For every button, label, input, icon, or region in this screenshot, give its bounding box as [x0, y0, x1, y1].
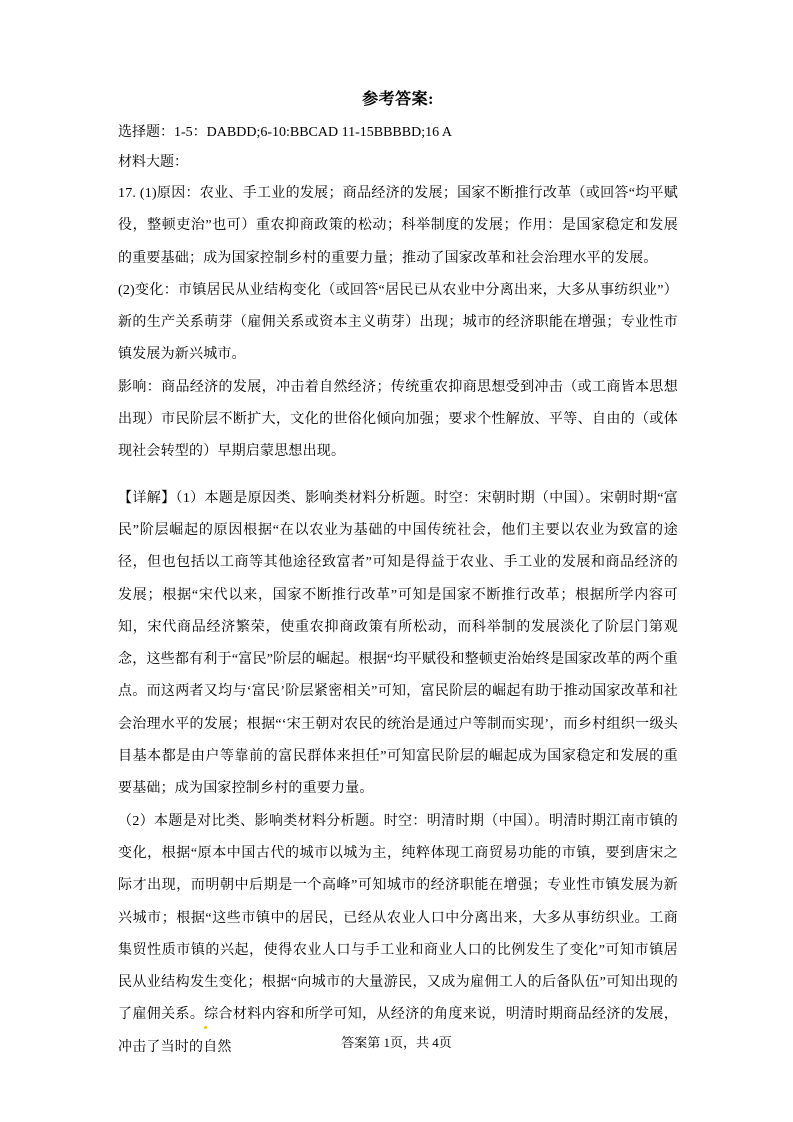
page-title: 参考答案: — [118, 90, 678, 110]
document-page: 参考答案: 选择题：1-5：DABDD;6-10:BBCAD 11-15BBBB… — [0, 0, 793, 1122]
q17-detail-part2: （2）本题是对比类、影响类材料分析题。时空：明清时期（中国）。明清时期江南市镇的… — [118, 806, 678, 1064]
q17-part2-changes-answer: (2)变化：市镇居民从业结构变化（或回答“居民已从农业中分离出来，大多从事纺织业… — [118, 275, 678, 372]
document-content: 参考答案: 选择题：1-5：DABDD;6-10:BBCAD 11-15BBBB… — [118, 90, 678, 1064]
page-footer: 答案第 1页，共 4页 — [0, 1034, 793, 1052]
material-section-label: 材料大题： — [118, 148, 678, 178]
ink-speck — [204, 1026, 207, 1029]
choice-answers-line: 选择题：1-5：DABDD;6-10:BBCAD 11-15BBBBD;16 A — [118, 118, 678, 148]
q17-detail-part1: 【详解】（1）本题是原因类、影响类材料分析题。时空：宋朝时期（中国）。宋朝时期“… — [118, 483, 678, 806]
q17-part1-answer: 17. (1)原因：农业、手工业的发展；商品经济的发展；国家不断推行改革（或回答… — [118, 178, 678, 275]
q17-part2-impact-answer: 影响：商品经济的发展，冲击着自然经济；传统重农抑商思想受到冲击（或工商皆本思想出… — [118, 372, 678, 469]
